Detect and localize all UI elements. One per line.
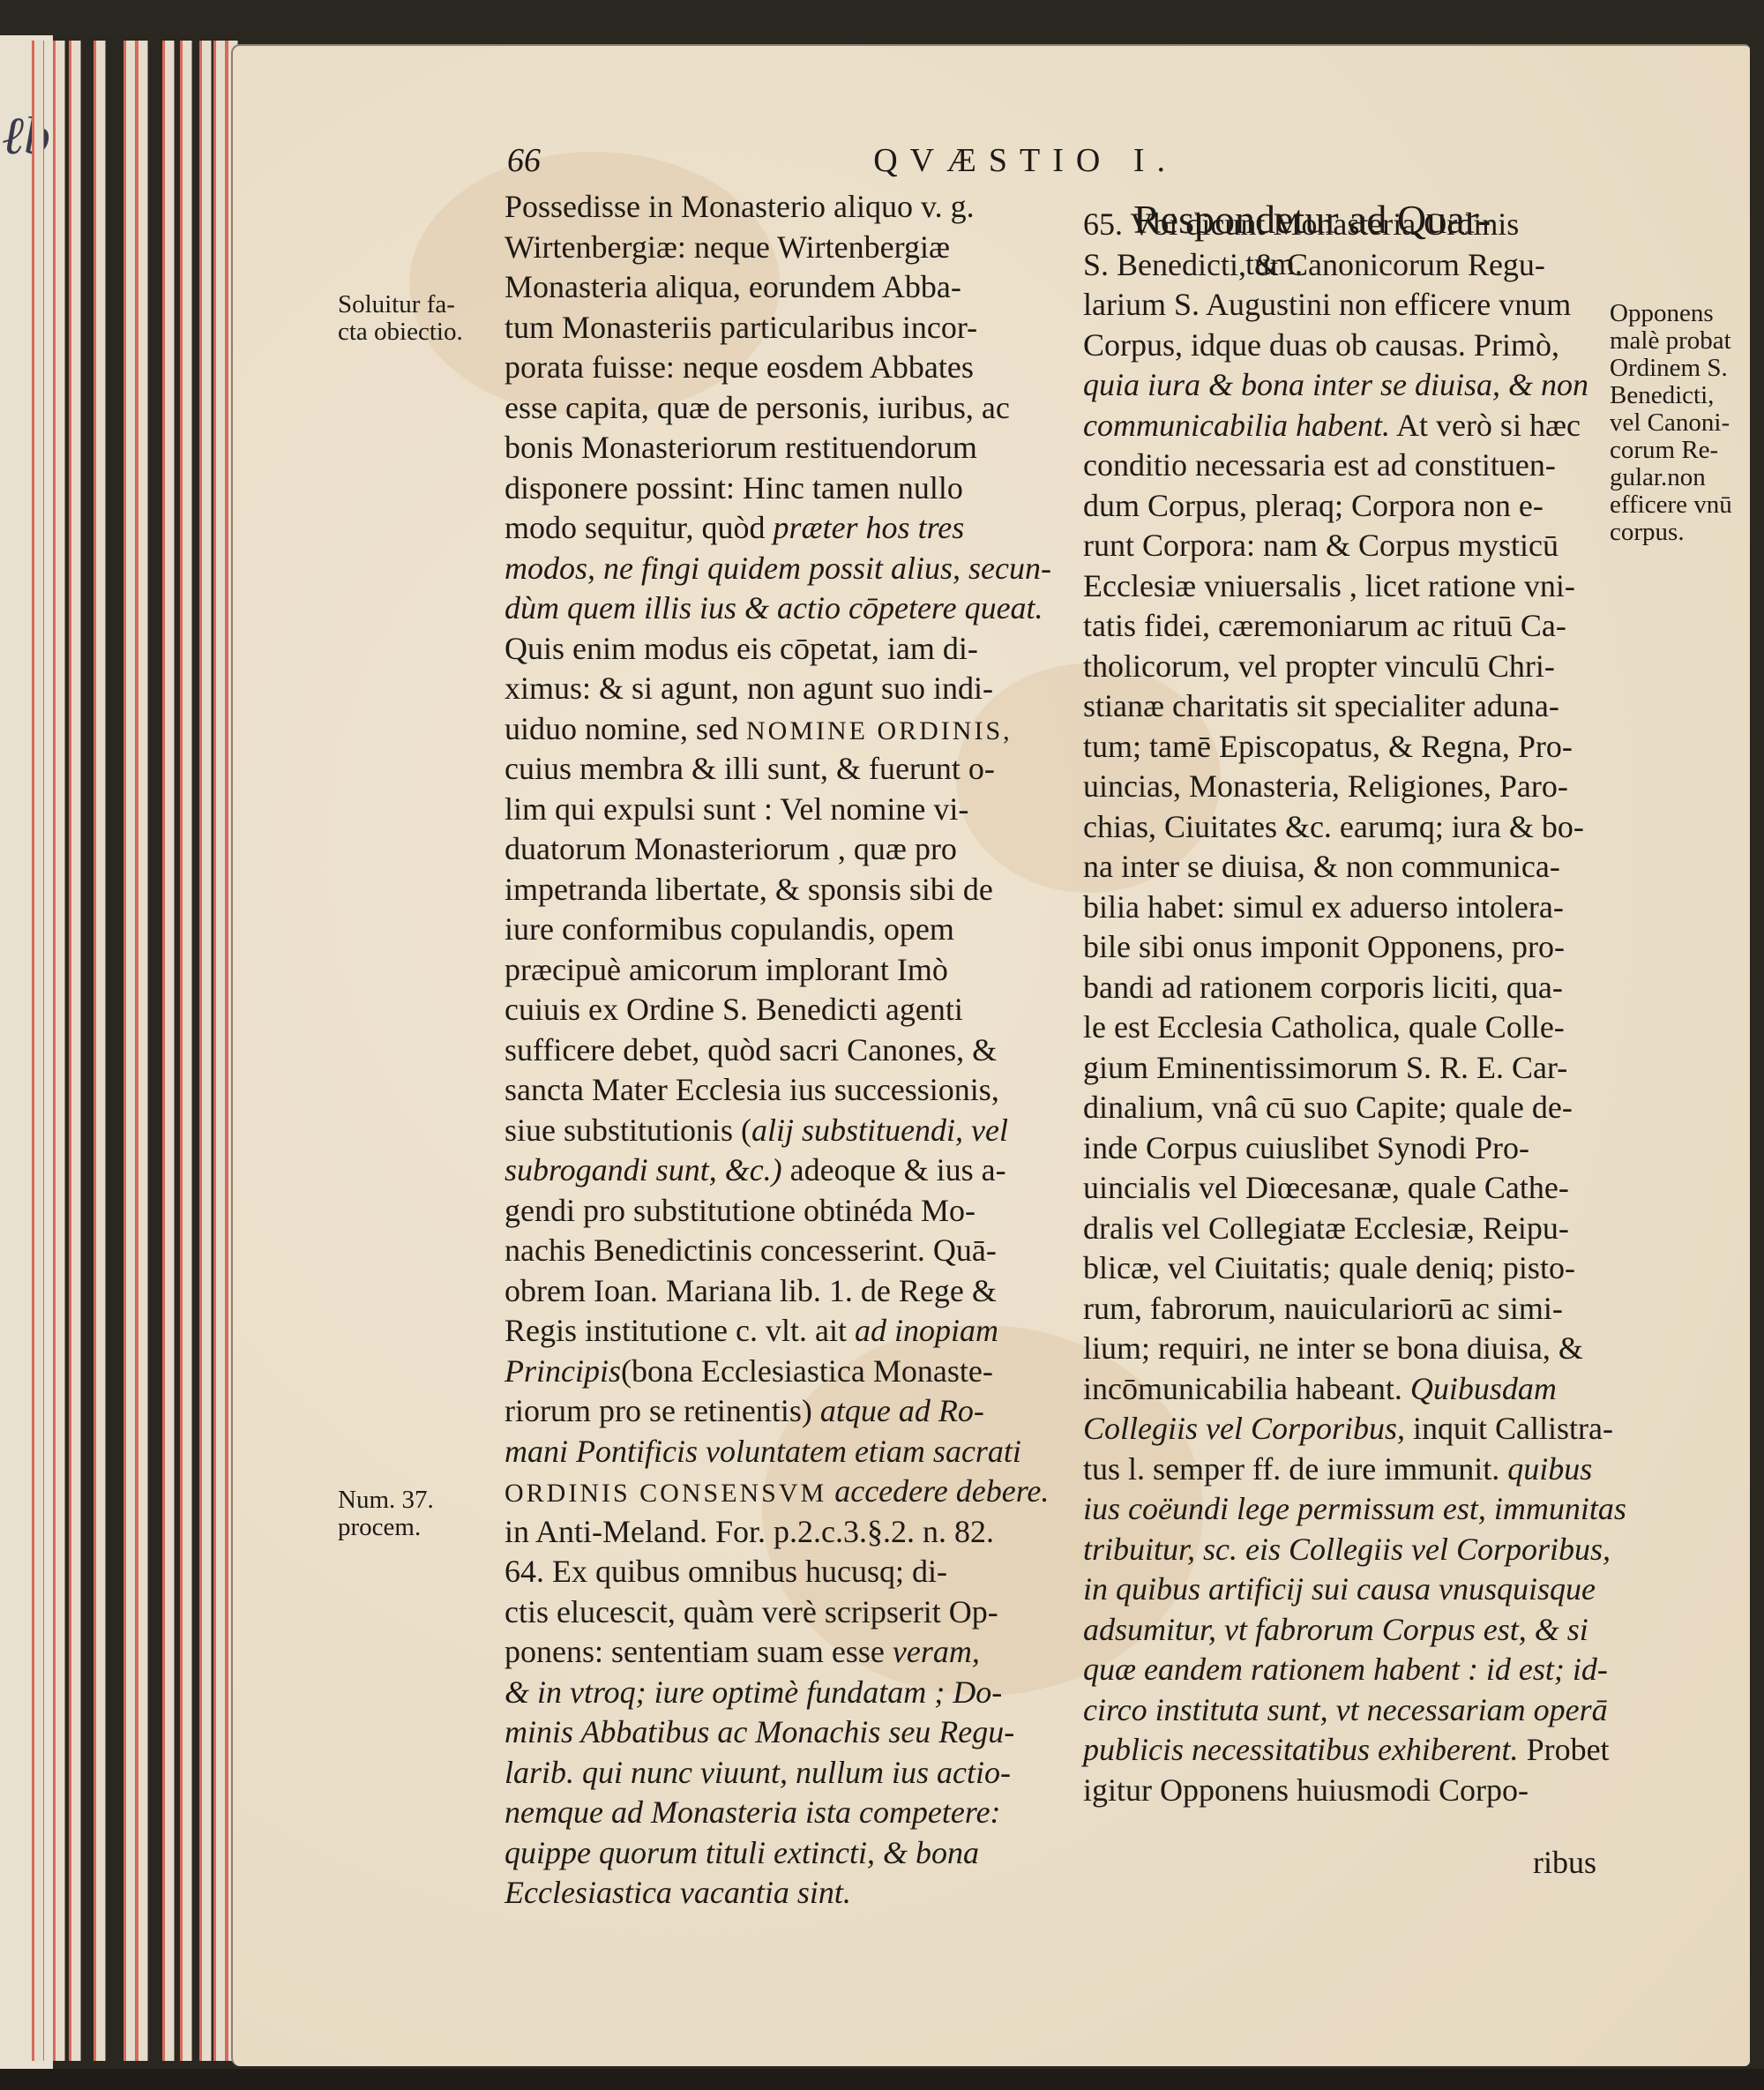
text-line: bile sibi onus imponit Opponens, pro- bbox=[1083, 927, 1608, 968]
text-line: modos, ne fingi quidem possit alius, sec… bbox=[505, 549, 972, 589]
text-line: Corpus, idque duas ob causas. Primò, bbox=[1083, 326, 1608, 366]
margin-note-left-2: Num. 37. procem. bbox=[338, 1487, 434, 1541]
scan-background-bottom bbox=[0, 2069, 1764, 2090]
text-line: dùm quem illis ius & actio cōpetere quea… bbox=[505, 588, 972, 629]
text-line: le est Ecclesia Catholica, quale Colle- bbox=[1083, 1008, 1608, 1048]
text-line: uiduo nomine, sed NOMINE ORDINIS, bbox=[505, 709, 972, 750]
text-line: tatis fidei, cæremoniarum ac rituū Ca- bbox=[1083, 606, 1608, 647]
catchword: ribus bbox=[1533, 1844, 1596, 1881]
text-line: minis Abbatibus ac Monachis seu Regu- bbox=[505, 1712, 972, 1753]
text-line: S. Benedicti, & Canonicorum Regu- bbox=[1083, 245, 1608, 286]
text-line: inde Corpus cuiuslibet Synodi Pro- bbox=[1083, 1128, 1608, 1169]
text-line: tum; tamē Episcopatus, & Regna, Pro- bbox=[1083, 727, 1608, 768]
text-line: cuiuis ex Ordine S. Benedicti agenti bbox=[505, 990, 972, 1030]
text-line: uincialis vel Diœcesanæ, quale Cathe- bbox=[1083, 1168, 1608, 1209]
text-line: rum, fabrorum, nauiculariorū ac simi- bbox=[1083, 1289, 1608, 1330]
text-line: stianæ charitatis sit specialiter aduna- bbox=[1083, 686, 1608, 727]
text-line: quia iura & bona inter se diuisa, & non bbox=[1083, 365, 1608, 406]
text-line: siue substitutionis (alij substituendi, … bbox=[505, 1111, 972, 1151]
text-line: & in vtroq; iure optimè fundatam ; Do- bbox=[505, 1673, 972, 1713]
text-line: dinalium, vnâ cū suo Capite; quale de- bbox=[1083, 1088, 1608, 1128]
text-line: riorum pro se retinentis) atque ad Ro- bbox=[505, 1391, 972, 1432]
text-line: tholicorum, vel propter vinculū Chri- bbox=[1083, 647, 1608, 687]
text-line: Collegiis vel Corporibus, inquit Callist… bbox=[1083, 1409, 1608, 1450]
text-line: ORDINIS CONSENSVM accedere debere. bbox=[505, 1472, 972, 1512]
text-line: cuius membra & illi sunt, & fuerunt o- bbox=[505, 749, 972, 790]
text-line: Principis(bona Ecclesiastica Monaste- bbox=[505, 1352, 972, 1392]
running-head: 66 QVÆSTIO I. bbox=[507, 141, 1177, 180]
text-line: igitur Opponens huiusmodi Corpo- bbox=[1083, 1771, 1608, 1811]
text-line: tum Monasteriis particularibus incor- bbox=[505, 308, 972, 348]
text-line: tribuitur, sc. eis Collegiis vel Corpori… bbox=[1083, 1530, 1608, 1570]
text-line: iure conformibus copulandis, opem bbox=[505, 910, 972, 950]
text-line: præcipuè amicorum implorant Imò bbox=[505, 950, 972, 991]
text-line: chias, Ciuitates &c. earumq; iura & bo- bbox=[1083, 807, 1608, 848]
text-line: in quibus artificij sui causa vnusquisqu… bbox=[1083, 1569, 1608, 1610]
text-line: dralis vel Collegiatæ Ecclesiæ, Reipu- bbox=[1083, 1209, 1608, 1249]
text-line: runt Corpora: nam & Corpus mysticū bbox=[1083, 526, 1608, 566]
text-line: 65. Vbi dicunt Monasteria Ordinis bbox=[1083, 205, 1608, 245]
text-line: Ecclesiæ vniuersalis , licet ratione vni… bbox=[1083, 566, 1608, 607]
text-line: sancta Mater Ecclesia ius successionis, bbox=[505, 1070, 972, 1111]
running-title: QVÆSTIO I. bbox=[873, 141, 1177, 180]
text-line: bandi ad rationem corporis liciti, qua- bbox=[1083, 968, 1608, 1008]
text-line: conditio necessaria est ad constituen- bbox=[1083, 446, 1608, 486]
text-line: Regis institutione c. vlt. ait ad inopia… bbox=[505, 1311, 972, 1352]
text-line: Wirtenbergiæ: neque Wirtenbergiæ bbox=[505, 228, 972, 268]
text-line: publicis necessitatibus exhiberent. Prob… bbox=[1083, 1730, 1608, 1771]
text-line: in Anti-Meland. For. p.2.c.3.§.2. n. 82. bbox=[505, 1512, 972, 1553]
page-edge-stack bbox=[32, 41, 235, 2061]
text-line: quæ eandem rationem habent : id est; id- bbox=[1083, 1650, 1608, 1690]
text-line: larium S. Augustini non efficere vnum bbox=[1083, 285, 1608, 326]
margin-note-right-1: Opponensmalè probatOrdinem S.Benedicti,v… bbox=[1610, 300, 1732, 546]
text-line: blicæ, vel Ciuitatis; quale deniq; pisto… bbox=[1083, 1248, 1608, 1289]
text-line: adsumitur, vt fabrorum Corpus est, & si bbox=[1083, 1610, 1608, 1651]
text-line: disponere possint: Hinc tamen nullo bbox=[505, 468, 972, 509]
text-line: gium Eminentissimorum S. R. E. Car- bbox=[1083, 1048, 1608, 1089]
text-line: ponens: sententiam suam esse veram, bbox=[505, 1632, 972, 1673]
text-line: tus l. semper ff. de iure immunit. quibu… bbox=[1083, 1450, 1608, 1490]
text-line: gendi pro substitutione obtinéda Mo- bbox=[505, 1191, 972, 1232]
text-line: bonis Monasteriorum restituendorum bbox=[505, 428, 972, 468]
text-line: incōmunicabilia habeant. Quibusdam bbox=[1083, 1369, 1608, 1410]
text-line: lium; requiri, ne inter se bona diuisa, … bbox=[1083, 1329, 1608, 1369]
text-line: Monasteria aliqua, eorundem Abba- bbox=[505, 267, 972, 308]
text-line: ius coëundi lege permissum est, immunita… bbox=[1083, 1489, 1608, 1530]
text-line: uincias, Monasteria, Religiones, Paro- bbox=[1083, 767, 1608, 807]
scan-background-top bbox=[0, 0, 1764, 35]
text-line: modo sequitur, quòd præter hos tres bbox=[505, 508, 972, 549]
right-column-text: 65. Vbi dicunt Monasteria OrdinisS. Bene… bbox=[1083, 205, 1608, 1810]
text-line: Quis enim modus eis cōpetat, iam di- bbox=[505, 629, 972, 670]
text-line: sufficere debet, quòd sacri Canones, & bbox=[505, 1030, 972, 1071]
text-line: porata fuisse: neque eosdem Abbates bbox=[505, 348, 972, 388]
text-line: na inter se diuisa, & non communica- bbox=[1083, 847, 1608, 888]
text-line: duatorum Monasteriorum , quæ pro bbox=[505, 829, 972, 870]
margin-note-left-1: Soluitur fa- cta obiectio. bbox=[338, 291, 463, 346]
text-line: impetranda libertate, & sponsis sibi de bbox=[505, 870, 972, 910]
text-line: Possedisse in Monasterio aliquo v. g. bbox=[505, 187, 972, 228]
left-column-text: Possedisse in Monasterio aliquo v. g.Wir… bbox=[505, 187, 972, 1914]
text-line: Ecclesiastica vacantia sint. bbox=[505, 1873, 972, 1914]
text-line: ximus: & si agunt, non agunt suo indi- bbox=[505, 669, 972, 709]
text-line: quippe quorum tituli extincti, & bona bbox=[505, 1833, 972, 1874]
text-line: esse capita, quæ de personis, iuribus, a… bbox=[505, 388, 972, 429]
text-line: subrogandi sunt, &c.) adeoque & ius a- bbox=[505, 1150, 972, 1191]
text-line: nemque ad Monasteria ista competere: bbox=[505, 1793, 972, 1833]
text-line: dum Corpus, pleraq; Corpora non e- bbox=[1083, 486, 1608, 527]
text-line: bilia habet: simul ex aduerso intolera- bbox=[1083, 888, 1608, 928]
text-line: circo instituta sunt, vt necessariam ope… bbox=[1083, 1690, 1608, 1731]
text-line: nachis Benedictinis concesserint. Quā- bbox=[505, 1231, 972, 1271]
text-line: lim qui expulsi sunt : Vel nomine vi- bbox=[505, 790, 972, 830]
text-line: ctis elucescit, quàm verè scripserit Op- bbox=[505, 1592, 972, 1633]
page-number: 66 bbox=[507, 141, 541, 180]
text-line: 64. Ex quibus omnibus hucusq; di- bbox=[505, 1552, 972, 1592]
text-line: obrem Ioan. Mariana lib. 1. de Rege & bbox=[505, 1271, 972, 1312]
text-line: larib. qui nunc viuunt, nullum ius actio… bbox=[505, 1753, 972, 1794]
text-line: mani Pontificis voluntatem etiam sacrati bbox=[505, 1432, 972, 1472]
text-line: communicabilia habent. At verò si hæc bbox=[1083, 406, 1608, 446]
